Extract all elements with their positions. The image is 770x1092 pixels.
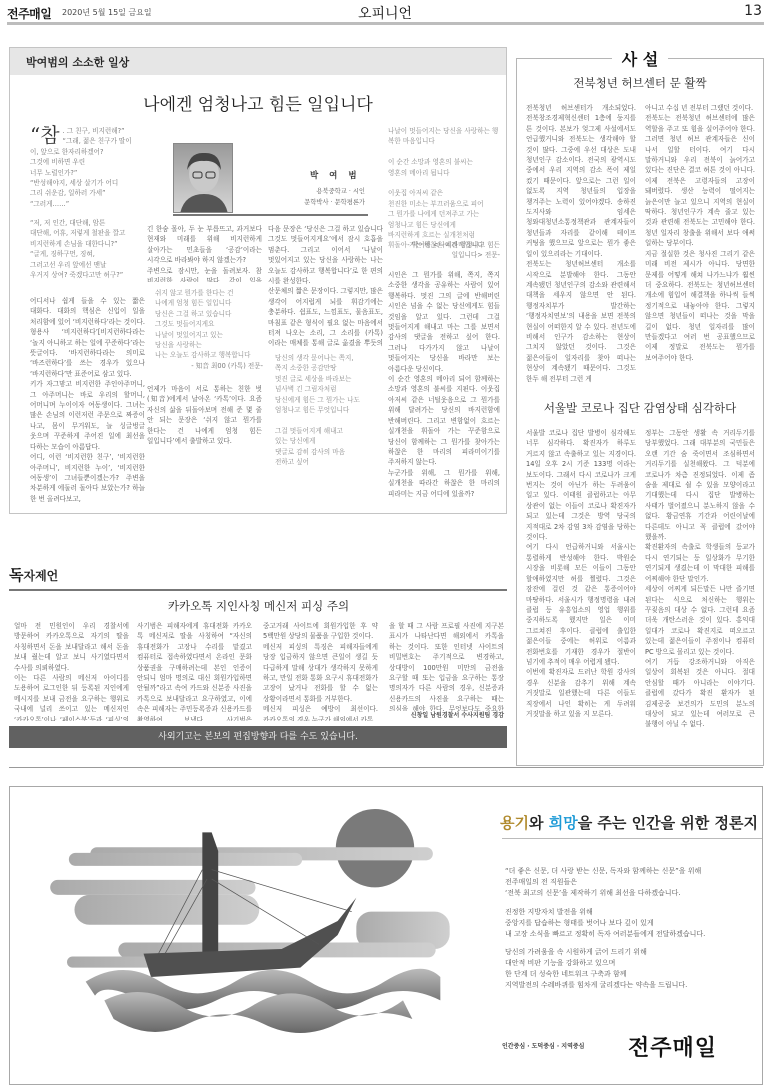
- ad-headline: 용기와 희망을 주는 인간을 위한 정론지: [500, 812, 758, 833]
- section-divider: [9, 767, 763, 768]
- essay-col-2b: 언제가 마음이 서로 통하는 친한 벗(知音)에게서 날아온 ‘카톡’이다. 요…: [147, 384, 262, 446]
- ship-illustration: [10, 795, 460, 1075]
- ad-headline-rule: [502, 838, 762, 839]
- reader-col-1: 얼마 전 민원인이 우리 경찰서에 방문하여 카카오톡으로 자기의 딸을 사칭하…: [14, 621, 129, 721]
- reader-section-label: 독자제언: [9, 564, 58, 585]
- author-name: 박 여 범: [310, 169, 361, 181]
- editorial-2-headline: 서울발 코로나 집단 감염상태 심각하다: [517, 400, 763, 416]
- essay-column: 박여범의 소소한 일상 나에겐 엄청나고 힘든 일입니다 “참 . 그 친구, …: [9, 47, 507, 514]
- essay-intro: “참 . 그 친구, 비지런해?” “그래, 젊은 친구가 딸이 이, 앞으로 …: [30, 126, 150, 209]
- essay-col-2: 긴 한숨 몰아, 두 눈 부릅뜨고, 과거보다 현재와 미래를 위해 비지런하게…: [147, 224, 262, 282]
- page-number: 13: [744, 3, 762, 19]
- editorial-1-col-b: 아니고 수십 년 전부터 그랬던 것이다. 전북도는 전북청년 허브센터에 많은…: [645, 103, 755, 383]
- poem-3-source: - 박여범 <나에겐 엄청나고 힘든 일입니다> 전문-: [388, 240, 500, 261]
- author-role-2: 문학박사 · 문학평론가: [270, 198, 365, 208]
- reader-col-3: 중고거래 사이트에 회원가입한 후 약 5백만원 상당의 물품을 구입한 것이다…: [263, 621, 378, 721]
- reader-col-4: 을 할 때 그 사람 프로필 사진에 지구본 표시가 나타난다면 해외에서 카톡…: [389, 621, 504, 711]
- ad-paragraph-1: “더 좋은 신문, 더 사랑 받는 신문, 독자와 함께하는 신문”을 위해 전…: [505, 866, 701, 899]
- editorial-label: 사 설: [517, 47, 763, 70]
- portrait-icon: [174, 144, 233, 213]
- editorial-1-headline: 전북청년 허브센터 문 활짝: [517, 75, 763, 91]
- ad-paragraph-3: 당신의 가려움을 속 시원하게 긁어 드리기 위해 대안적 비판 기능을 강화하…: [505, 947, 687, 991]
- reader-headline: 카카오톡 지인사칭 메신저 피싱 주의: [0, 598, 517, 614]
- poem-1: 쉬지 않고 뭔가를 한다는 건 나에게 엄청 힘든 일입니다 당신은 그걸 하고…: [155, 288, 265, 361]
- essay-col-1: 어디서나 쉽게 들을 수 있는 짧은 대화다. 대화의 핵심은 신입이 일을 처…: [30, 296, 145, 504]
- editorial-2-col-a: 서울발 코로나 집단 발병이 심각해도 너무 심각하다. 확진자가 하루도 거르…: [526, 428, 636, 758]
- ad-tagline: 인간중심 · 도덕중심 · 지역중심: [502, 1041, 584, 1050]
- poem-3: 나날이 멋들어지는 당신을 사랑하는 행복한 마음입니다 이 순간 소망과 영혼…: [388, 126, 500, 251]
- ad-logo: 전주매일: [628, 1031, 717, 1062]
- author-photo: [173, 143, 233, 213]
- essay-col-3: 다음 문장은 ‘당신은 그걸 하고 있습니다 그것도 멋들어지게요’에서 잠시 …: [268, 224, 383, 349]
- essay-col-4: 시인은 그 뭔가를 위해, 쪽지, 쪽지 소중한 생각을 공유하는 사람이 있어…: [388, 270, 500, 499]
- editorial-2-col-b: 정부는 그동안 생활 속 거리두기를 당부했었다. 그래 대부분의 국민들은 오…: [645, 428, 755, 758]
- essay-column-name: 박여범의 소소한 일상: [26, 54, 129, 70]
- dialogue-2: “저, 저 인간, 대단해, 암튼 대단해, 어휴, 저렇게 철판을 깔고 비지…: [30, 218, 150, 280]
- essay-headline: 나에겐 엄청나고 힘든 일입니다: [10, 90, 506, 115]
- essay-column-bar: 박여범의 소소한 일상: [10, 48, 506, 75]
- editorial-box: 사 설 전북청년 허브센터 문 활짝 전북청년 허브센터가 개소되었다. 전북창…: [516, 58, 764, 766]
- poem-2: 당신의 생각 묻어나는 쪽지, 쪽지 소중한 공감만땅 멋진 글로 세상을 바라…: [275, 353, 385, 467]
- section-title: 오피니언: [0, 3, 770, 23]
- editorial-1-col-a: 전북청년 허브센터가 개소되었다. 전북창조경제혁신센터 1층에 둥지를 튼 것…: [526, 103, 636, 383]
- author-rule: [173, 214, 368, 216]
- ad-paragraph-2: 진정한 지방자치 발전을 위해 중앙지를 답습하는 형태를 벗어나 보다 깊이 …: [505, 907, 705, 940]
- poem-1-source: - 知音 최00 (카톡) 전문-: [155, 361, 263, 371]
- disclaimer-banner: 사외기고는 본보의 편집방향과 다를 수도 있습니다.: [9, 726, 507, 748]
- reader-rule: [9, 589, 507, 591]
- author-role-1: 용북중학교 · 시인: [270, 187, 365, 197]
- reader-byline: 신창일 남원경찰서 수사지원팀 경감: [389, 710, 504, 719]
- reader-col-2: 사기범은 피해자에게 휴대전화 카카오 톡 메신저로 딸을 사칭하여 “자신의 …: [137, 621, 252, 721]
- dropcap: “참: [30, 126, 60, 144]
- header-rule: [7, 22, 764, 25]
